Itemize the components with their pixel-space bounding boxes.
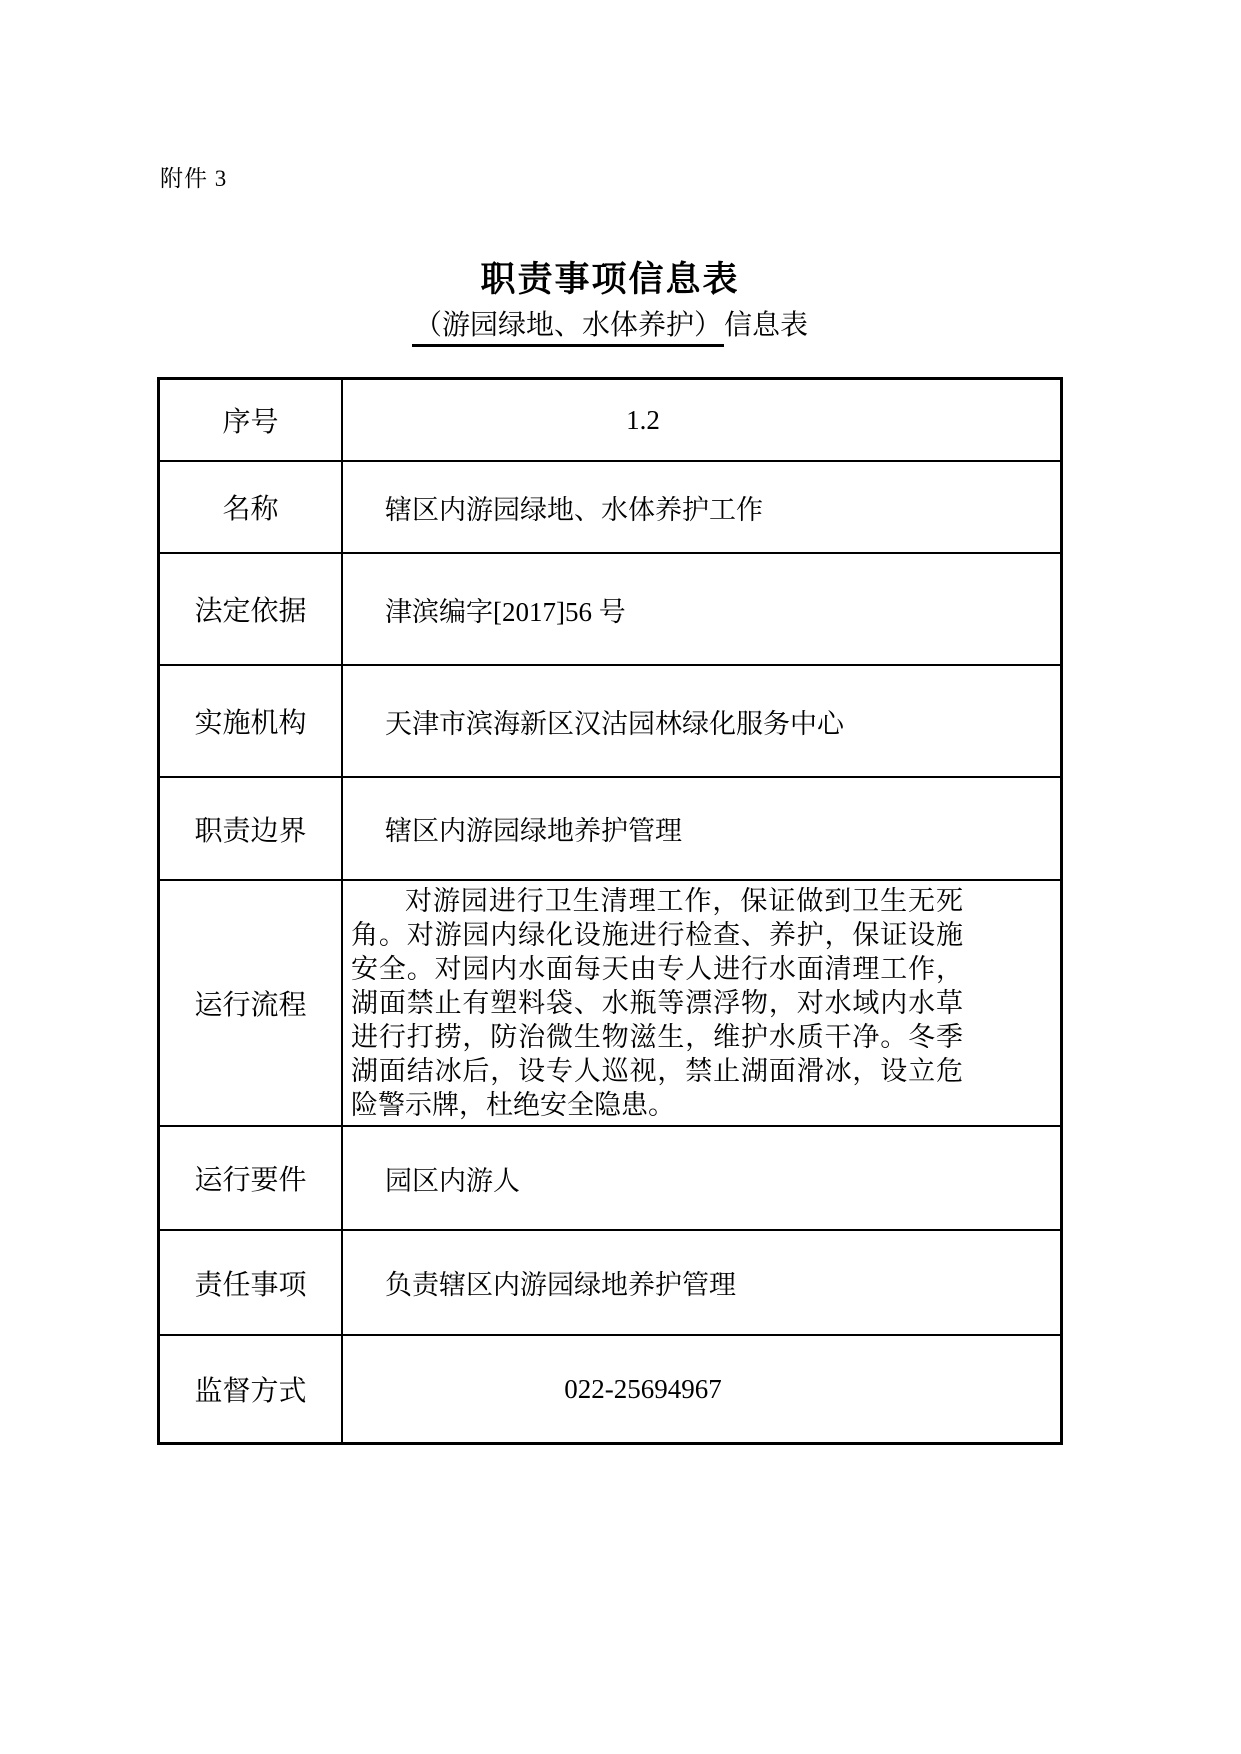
row-value: 辖区内游园绿地、水体养护工作 [342, 461, 1062, 553]
row-label: 职责边界 [159, 777, 343, 880]
row-value: 津滨编字[2017]56 号 [342, 553, 1062, 665]
document-page: 附件 3 职责事项信息表 （游园绿地、水体养护）信息表 序号 1.2 名称 辖区… [0, 0, 1241, 1754]
row-value: 园区内游人 [342, 1126, 1062, 1230]
row-label: 运行要件 [159, 1126, 343, 1230]
row-value: 辖区内游园绿地养护管理 [342, 777, 1062, 880]
page-subtitle: （游园绿地、水体养护）信息表 [157, 303, 1063, 343]
row-value: 对游园进行卫生清理工作，保证做到卫生无死角。对游园内绿化设施进行检查、养护，保证… [342, 880, 1062, 1126]
row-value: 负责辖区内游园绿地养护管理 [342, 1230, 1062, 1335]
table-row-responsibility-matters: 责任事项 负责辖区内游园绿地养护管理 [159, 1230, 1062, 1335]
info-table: 序号 1.2 名称 辖区内游园绿地、水体养护工作 法定依据 津滨编字[2017]… [157, 377, 1063, 1445]
subtitle-rest-text: 信息表 [724, 310, 808, 341]
table-row-legal-basis: 法定依据 津滨编字[2017]56 号 [159, 553, 1062, 665]
row-value: 022-25694967 [342, 1335, 1062, 1444]
row-label: 运行流程 [159, 880, 343, 1126]
row-label: 法定依据 [159, 553, 343, 665]
page-title: 职责事项信息表 [157, 252, 1063, 302]
row-label: 序号 [159, 379, 343, 462]
row-value: 1.2 [342, 379, 1062, 462]
row-label: 责任事项 [159, 1230, 343, 1335]
subtitle-underlined-text: （游园绿地、水体养护） [412, 310, 724, 347]
table-row-operation-requirements: 运行要件 园区内游人 [159, 1126, 1062, 1230]
table-row-responsibility-boundary: 职责边界 辖区内游园绿地养护管理 [159, 777, 1062, 880]
table-row-supervision-method: 监督方式 022-25694967 [159, 1335, 1062, 1444]
row-label: 监督方式 [159, 1335, 343, 1444]
table-row-operation-process: 运行流程 对游园进行卫生清理工作，保证做到卫生无死角。对游园内绿化设施进行检查、… [159, 880, 1062, 1126]
attachment-label: 附件 3 [160, 160, 227, 193]
row-label: 实施机构 [159, 665, 343, 777]
table-row-name: 名称 辖区内游园绿地、水体养护工作 [159, 461, 1062, 553]
row-value: 天津市滨海新区汉沽园林绿化服务中心 [342, 665, 1062, 777]
table-row-sequence-number: 序号 1.2 [159, 379, 1062, 462]
table-row-implementing-agency: 实施机构 天津市滨海新区汉沽园林绿化服务中心 [159, 665, 1062, 777]
row-label: 名称 [159, 461, 343, 553]
operation-process-paragraph: 对游园进行卫生清理工作，保证做到卫生无死角。对游园内绿化设施进行检查、养护，保证… [351, 884, 963, 1122]
